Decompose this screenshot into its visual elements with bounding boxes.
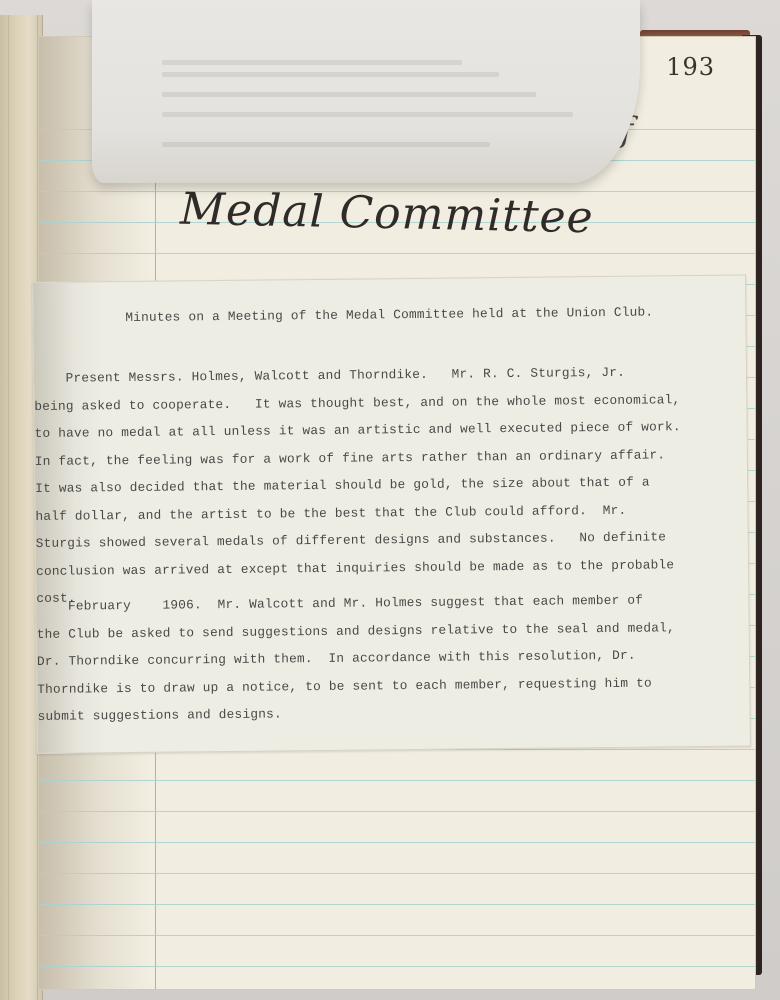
ruled-line [39,842,755,843]
typed-line: conclusion was arrived at except that in… [36,557,674,579]
typed-line: Sturgis showed several medals of differe… [36,529,666,551]
bleed-through-text [162,112,573,117]
typed-minutes-sheet: Minutes on a Meeting of the Medal Commit… [32,275,751,754]
typed-line: half dollar, and the artist to be the be… [35,502,626,523]
typed-line: Thorndike is to draw up a notice, to be … [37,675,652,696]
page-number: 193 [666,53,715,81]
ruled-line [39,811,755,812]
typed-line: Present Messrs. Holmes, Walcott and Thor… [34,365,625,386]
bleed-through-text [162,92,536,97]
handwritten-heading: Medal Committee [180,184,595,244]
ruled-line [39,935,755,936]
bleed-through-text [162,72,499,77]
ruled-line [39,904,755,905]
minutes-title: Minutes on a Meeting of the Medal Commit… [125,304,653,325]
bleed-through-text [162,142,490,147]
curled-page [92,0,640,183]
bleed-through-text [162,60,462,65]
typed-line: In fact, the feeling was for a work of f… [35,447,665,469]
ruled-line [39,966,755,967]
typed-line: being asked to cooperate. It was thought… [34,392,680,414]
typed-line: It was also decided that the material sh… [35,475,650,496]
ruled-line [39,873,755,874]
typed-line: the Club be asked to send suggestions an… [37,620,675,642]
typed-line: February 1906. Mr. Walcott and Mr. Holme… [36,593,643,614]
typed-line: to have no medal at all unless it was an… [35,419,681,441]
typed-line: Dr. Thorndike concurring with them. In a… [37,648,636,669]
ruled-line [39,780,755,781]
ruled-line [39,253,755,254]
typed-line: submit suggestions and designs. [37,706,281,724]
